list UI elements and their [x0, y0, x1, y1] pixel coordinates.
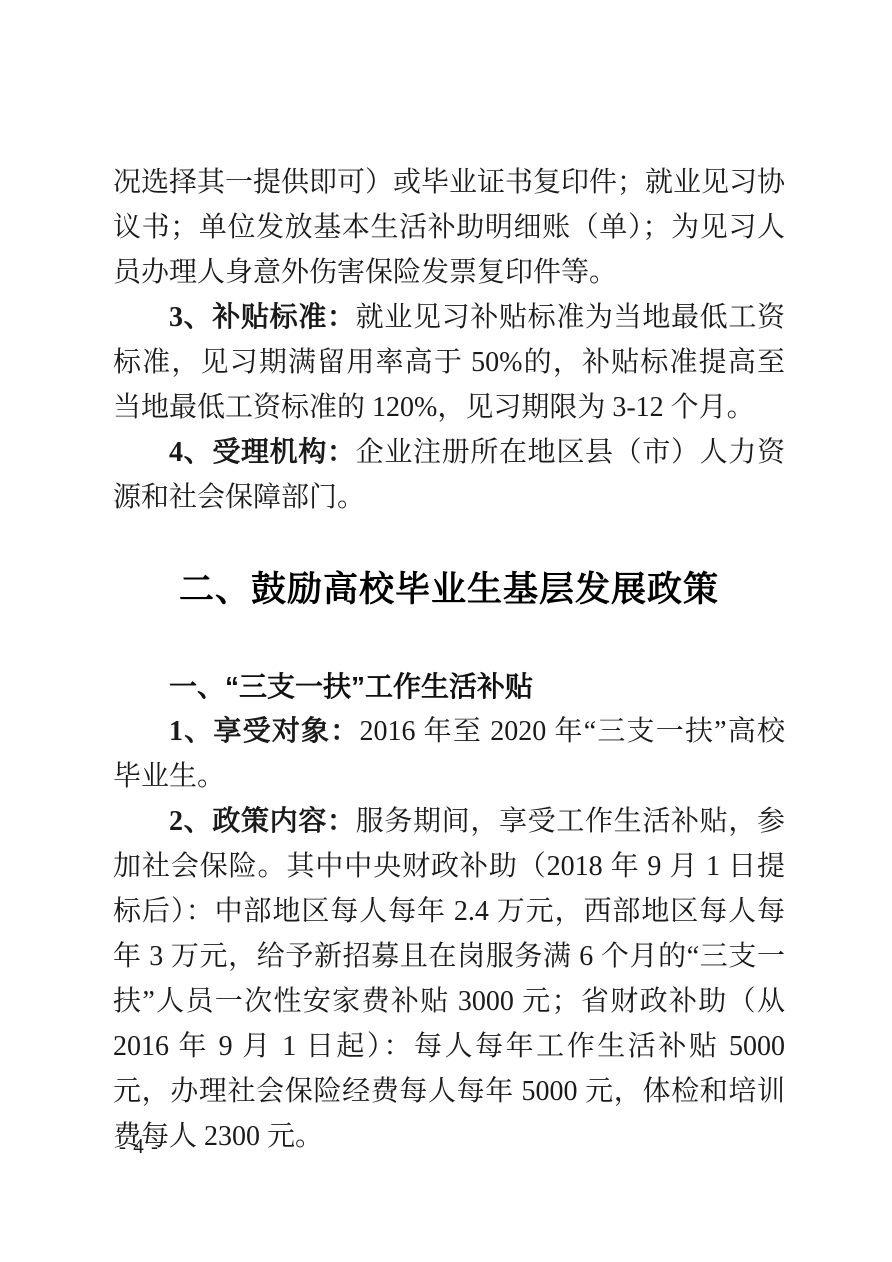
item-subsidy-standard: 3、补贴标准：就业见习补贴标准为当地最低工资标准，见习期满留用率高于 50%的，…	[113, 295, 785, 430]
document-body: 况选择其一提供即可）或毕业证书复印件；就业见习协议书；单位发放基本生活补助明细账…	[113, 160, 785, 1159]
item-eligible-targets-label: 1、享受对象：	[169, 716, 359, 747]
item-policy-content: 2、政策内容：服务期间，享受工作生活补贴，参加社会保险。其中中央财政补助（201…	[113, 799, 785, 1159]
item-policy-content-label: 2、政策内容：	[169, 806, 356, 837]
subsection-heading: 一、“三支一扶”工作生活补贴	[113, 664, 785, 709]
item-accepting-agency-label: 4、受理机构：	[169, 437, 356, 468]
document-page: 况选择其一提供即可）或毕业证书复印件；就业见习协议书；单位发放基本生活补助明细账…	[0, 0, 892, 1262]
continuation-paragraph: 况选择其一提供即可）或毕业证书复印件；就业见习协议书；单位发放基本生活补助明细账…	[113, 160, 785, 295]
item-accepting-agency: 4、受理机构：企业注册所在地区县（市）人力资源和社会保障部门。	[113, 430, 785, 520]
item-subsidy-standard-label: 3、补贴标准：	[169, 302, 356, 333]
item-policy-content-text: 服务期间，享受工作生活补贴，参加社会保险。其中中央财政补助（2018 年 9 月…	[113, 806, 785, 1152]
item-eligible-targets: 1、享受对象：2016 年至 2020 年“三支一扶”高校毕业生。	[113, 709, 785, 799]
section-heading: 二、鼓励高校毕业生基层发展政策	[113, 562, 785, 618]
page-number: - 4 -	[119, 1133, 159, 1160]
